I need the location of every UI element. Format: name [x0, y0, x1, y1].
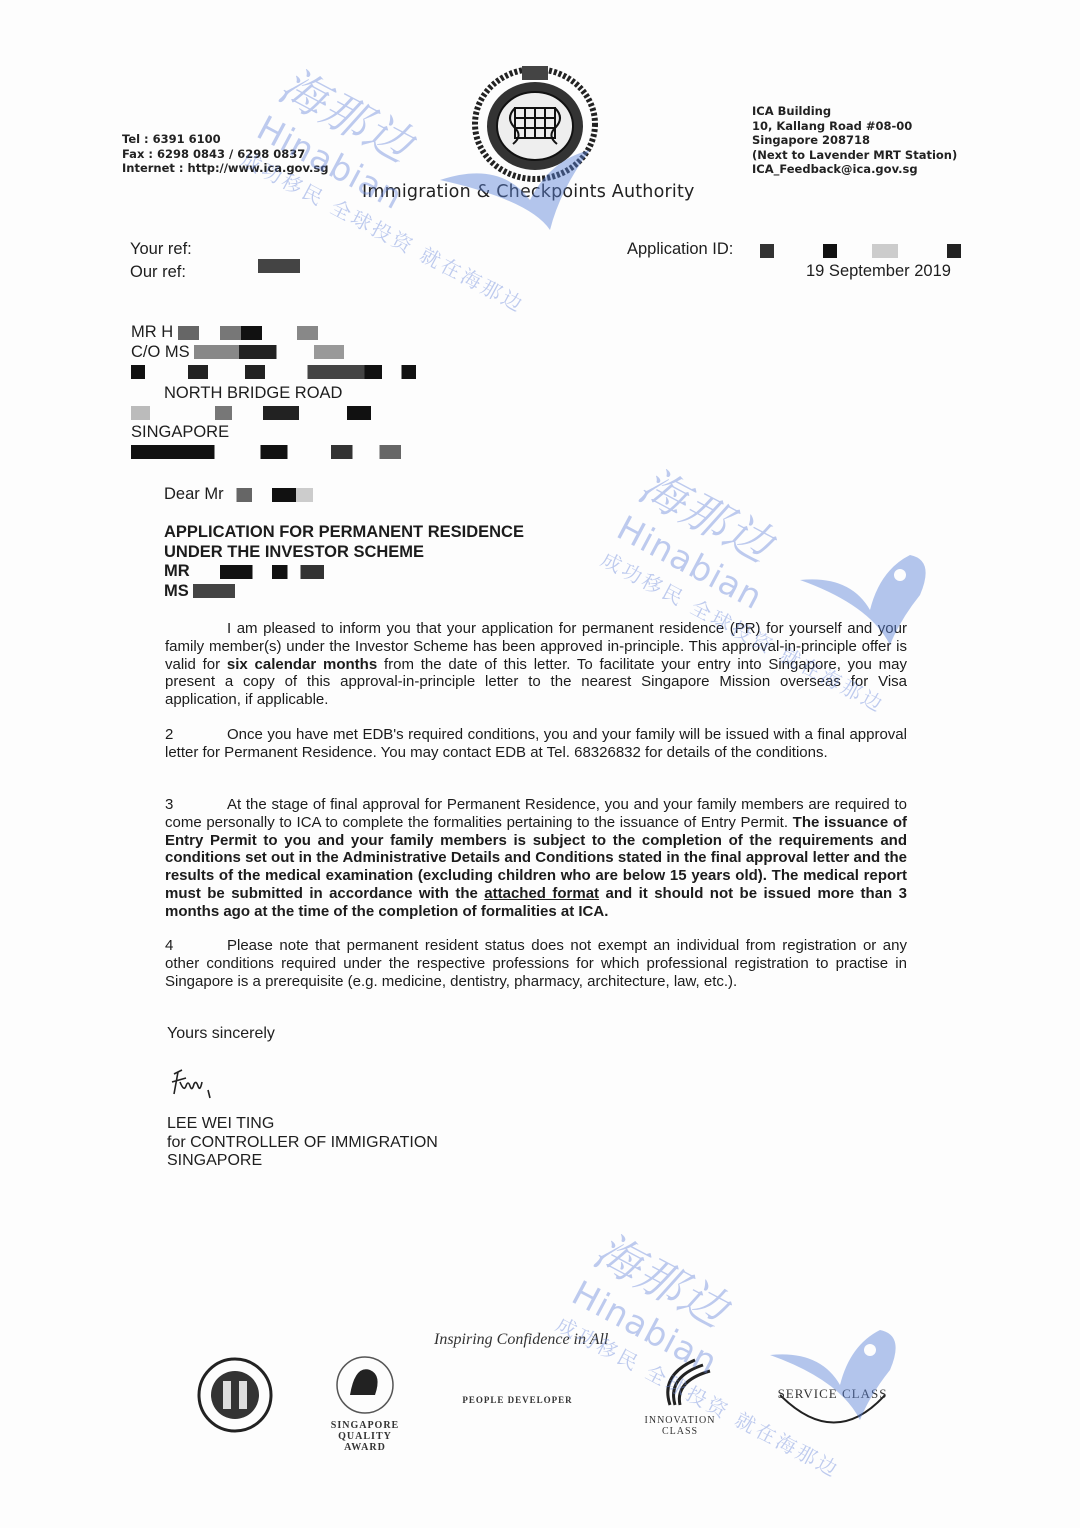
address-line-4: NORTH BRIDGE ROAD: [131, 384, 416, 404]
tel-line: Tel : 6391 6100: [122, 132, 328, 147]
address-line-5-redacted: [131, 403, 416, 423]
address-line-1: MR H: [131, 323, 416, 343]
paragraph-2: 2Once you have met EDB's required condit…: [165, 726, 907, 762]
ministry-of-home-affairs-logo: [195, 1355, 275, 1445]
address-line-2: C/O MS: [131, 343, 416, 363]
bird-mascot-icon: [800, 550, 930, 650]
bird-mascot-icon: [440, 150, 600, 245]
subject-line-1: APPLICATION FOR PERMANENT RESIDENCE: [164, 523, 524, 543]
innovation-class-logo: INNOVATION CLASS: [640, 1355, 720, 1445]
address-line-7-redacted: [131, 442, 416, 462]
signatory-block: LEE WEI TING for CONTROLLER OF IMMIGRATI…: [167, 1115, 438, 1171]
signatory-title: for CONTROLLER OF IMMIGRATION: [167, 1134, 438, 1153]
subject-line-4: MS: [164, 582, 524, 602]
building-line: ICA Building: [752, 104, 957, 119]
redacted-our-ref: [258, 257, 300, 275]
postal-line: Singapore 208718: [752, 133, 957, 148]
your-ref-label: Your ref:: [130, 240, 192, 259]
attached-format-link: attached format: [484, 885, 599, 902]
singapore-quality-award-logo: SINGAPORE QUALITY AWARD: [330, 1355, 400, 1445]
letterhead-contact-right: ICA Building 10, Kallang Road #08-00 Sin…: [752, 104, 957, 177]
paragraph-3: 3At the stage of final approval for Perm…: [165, 796, 907, 921]
subject-line-2: UNDER THE INVESTOR SCHEME: [164, 543, 524, 563]
application-id-label: Application ID:: [627, 240, 733, 259]
bird-mascot-icon: [770, 1325, 900, 1425]
our-ref-label: Our ref:: [130, 263, 186, 282]
letter-date: 19 September 2019: [806, 262, 951, 281]
address-line-3-redacted: [131, 362, 416, 382]
paragraph-4: 4Please note that permanent resident sta…: [165, 937, 907, 990]
internet-line: Internet : http://www.ica.gov.sg: [122, 161, 328, 176]
salutation: Dear Mr: [164, 485, 313, 505]
redacted-application-id: [760, 242, 961, 260]
email-line: ICA_Feedback@ica.gov.sg: [752, 162, 957, 177]
signatory-name: LEE WEI TING: [167, 1115, 438, 1134]
fax-line: Fax : 6298 0843 / 6298 0837: [122, 147, 328, 162]
subject-block: APPLICATION FOR PERMANENT RESIDENCE UNDE…: [164, 523, 524, 601]
address-line-6: SINGAPORE: [131, 423, 416, 443]
people-developer-logo: PEOPLE DEVELOPER: [460, 1395, 575, 1485]
handwritten-signature-icon: [168, 1068, 218, 1109]
footer-motto: Inspiring Confidence in All: [434, 1331, 608, 1349]
address-block: MR H C/O MS NORTH BRIDGE ROAD SINGAPORE: [131, 323, 416, 462]
mrt-line: (Next to Lavender MRT Station): [752, 148, 957, 163]
street-line: 10, Kallang Road #08-00: [752, 119, 957, 134]
valediction: Yours sincerely: [167, 1025, 275, 1044]
paragraph-1: I am pleased to inform you that your app…: [165, 620, 907, 709]
signatory-country: SINGAPORE: [167, 1152, 438, 1171]
letterhead-contact-left: Tel : 6391 6100 Fax : 6298 0843 / 6298 0…: [122, 132, 328, 176]
subject-line-3: MR: [164, 562, 524, 582]
